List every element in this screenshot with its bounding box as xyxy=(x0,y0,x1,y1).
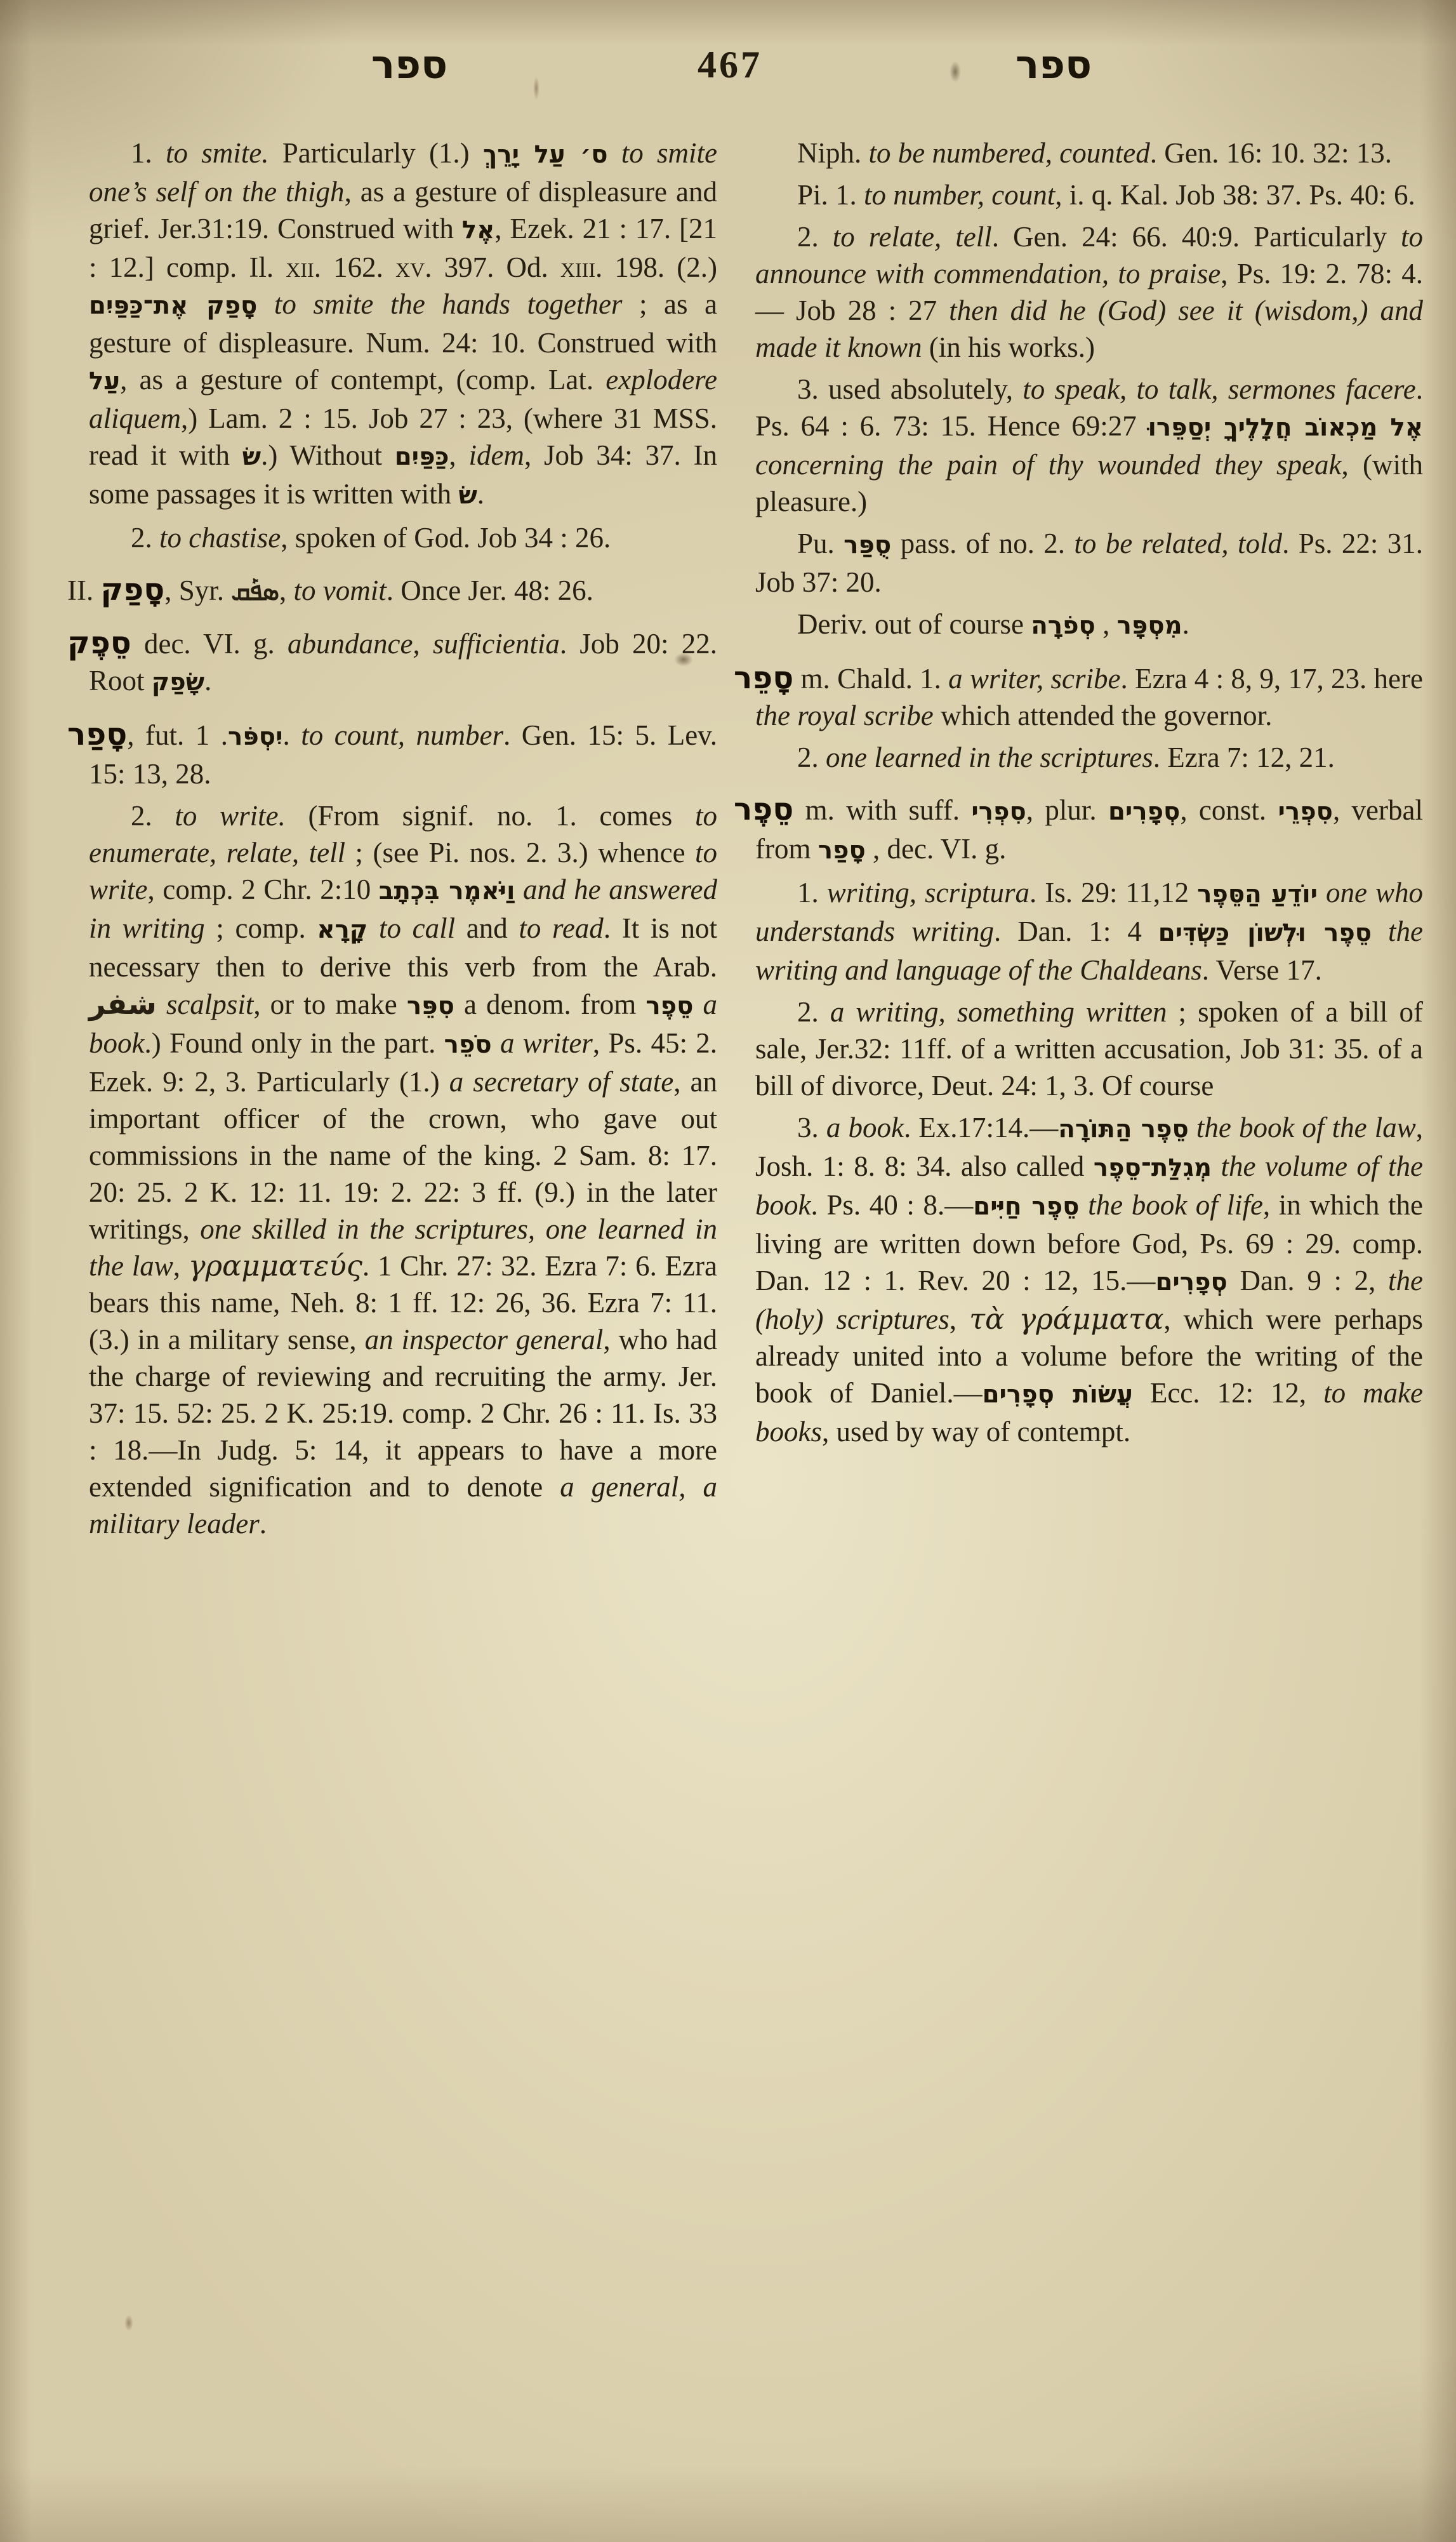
text-segment: קָרָא xyxy=(317,915,367,944)
text-segment: סְפָרִים xyxy=(1108,797,1180,826)
text-segment: סֵפֶר הַתּוֹרָה xyxy=(1058,1115,1189,1143)
page-number: 467 xyxy=(654,33,806,96)
text-segment: Pi. 1. xyxy=(797,179,864,211)
text-segment: dec. VI. g. xyxy=(131,628,288,660)
text-segment: to number, count xyxy=(864,179,1055,211)
text-paragraph: 2. to write. (From signif. no. 1. comes … xyxy=(89,797,717,1542)
text-segment: an inspector general xyxy=(365,1324,604,1355)
text-segment xyxy=(492,1027,500,1059)
text-segment: ; comp. xyxy=(205,912,317,944)
text-segment: עַל xyxy=(89,367,120,396)
text-segment: to read xyxy=(519,912,603,944)
text-segment: סֵפֶק xyxy=(67,625,131,661)
entry-paragraph: סָפַר, fut. יִסְפֹּר. 1. to count, numbe… xyxy=(89,716,717,792)
text-segment xyxy=(1372,915,1388,947)
text-segment: , i. q. Kal. Job 38: 37. Ps. 40: 6. xyxy=(1055,179,1415,211)
text-segment: , xyxy=(279,575,294,606)
text-segment: a writer, scribe xyxy=(948,663,1120,695)
text-segment: , spoken of God. Job 34 : 26. xyxy=(281,522,611,554)
text-segment: which attended the governor. xyxy=(934,700,1273,731)
text-paragraph: 2. one learned in the scriptures. Ezra 7… xyxy=(755,739,1423,776)
text-segment: to be related, told xyxy=(1074,528,1282,559)
text-segment: סָפַר xyxy=(67,717,127,752)
text-segment: סָפַר xyxy=(818,836,866,865)
text-segment: Ecc. 12: 12, xyxy=(1133,1377,1323,1409)
text-segment: סֵפֶר חַיִּים xyxy=(973,1192,1079,1221)
text-segment: . Is. 29: 11,12 xyxy=(1029,877,1197,908)
text-segment: شفر xyxy=(89,987,157,1021)
text-segment: to relate, tell xyxy=(833,221,992,253)
right-column: Niph. to be numbered, counted. Gen. 16: … xyxy=(755,135,1423,1455)
text-segment: to call xyxy=(379,912,455,944)
text-segment: 2. xyxy=(797,996,830,1028)
text-segment: 162. xyxy=(321,251,395,283)
text-segment: to write. xyxy=(175,800,285,832)
text-segment: . Gen. 16: 10. 32: 13. xyxy=(1150,137,1392,169)
text-segment: סֵפֶר xyxy=(734,792,793,827)
text-segment: and xyxy=(455,912,519,944)
text-segment: 2. xyxy=(797,742,826,773)
text-paragraph: Niph. to be numbered, counted. Gen. 16: … xyxy=(755,135,1423,171)
text-segment: scalpsit xyxy=(166,988,254,1020)
text-segment: 3. used absolutely, xyxy=(797,373,1023,405)
text-segment: . xyxy=(1182,608,1189,640)
text-paragraph: 2. a writing, something written ; spoken… xyxy=(755,994,1423,1104)
text-segment: m. with suff. xyxy=(793,794,971,826)
text-segment: , xyxy=(449,439,468,471)
text-segment: . Gen. 24: 66. 40:9. Particularly xyxy=(992,221,1401,253)
text-segment: the book of life xyxy=(1088,1189,1263,1221)
text-segment: יִסְפֹּר xyxy=(228,722,282,751)
text-paragraph: 2. to chastise, spoken of God. Job 34 : … xyxy=(89,519,717,556)
text-segment xyxy=(157,988,166,1020)
text-segment: 2. xyxy=(131,522,159,554)
text-segment: (in his works.) xyxy=(922,331,1094,363)
text-segment: וַיֹּאמֶר בִּכְתָב xyxy=(379,877,515,905)
text-segment: a book xyxy=(826,1112,904,1143)
text-segment: one learned in the scriptures xyxy=(826,742,1153,773)
text-segment: סִפְרֵי xyxy=(1278,797,1333,826)
text-segment: to speak, to talk, sermones facere xyxy=(1023,373,1415,405)
text-segment: concerning the pain of thy wounded they … xyxy=(755,449,1341,481)
text-segment: , comp. 2 Chr. 2:10 xyxy=(148,874,379,905)
text-segment: מִסְפָּר xyxy=(1117,611,1182,640)
text-segment: . xyxy=(477,478,484,510)
text-segment: , xyxy=(1095,608,1117,640)
text-segment: to smite the hands together xyxy=(257,288,622,320)
text-segment: (From signif. no. 1. comes xyxy=(286,800,695,832)
text-segment xyxy=(515,874,523,905)
text-segment xyxy=(1079,1189,1088,1221)
text-segment xyxy=(1189,1112,1196,1143)
text-segment: סְפָרִים xyxy=(1155,1268,1227,1296)
text-segment: Pu. xyxy=(797,528,844,559)
text-paragraph: 1. writing, scriptura. Is. 29: 11,12 יוֹ… xyxy=(755,874,1423,988)
text-segment: .) Without xyxy=(261,439,395,471)
text-segment: . xyxy=(204,665,211,696)
text-segment: a denom. from xyxy=(454,988,646,1020)
text-segment: סִפֵּר xyxy=(407,992,454,1020)
text-segment: to smite. xyxy=(166,137,269,169)
text-segment: to count, number xyxy=(301,719,503,751)
text-segment: שׂ xyxy=(458,481,477,510)
text-segment: idem xyxy=(468,439,524,471)
text-paragraph: 3. a book. Ex.17:14.—סֵפֶר הַתּוֹרָה the… xyxy=(755,1109,1423,1450)
running-head: ספר 467 ספר xyxy=(0,33,1456,103)
text-segment: xiii. xyxy=(560,251,602,283)
text-segment: 3. xyxy=(797,1112,826,1143)
text-paragraph: 1. to smite. Particularly (1.) ס׳ עַל יָ… xyxy=(89,135,717,514)
text-segment: .) Found only in the part. xyxy=(144,1027,444,1059)
text-segment: Dan. 9 : 2, xyxy=(1228,1265,1388,1296)
text-segment: סָפַק xyxy=(100,572,164,608)
text-paragraph: Pu. סֻפַּר pass. of no. 2. to be related… xyxy=(755,525,1423,601)
text-segment: 1. xyxy=(131,137,166,169)
text-segment: , plur. xyxy=(1026,794,1108,826)
text-segment: Niph. xyxy=(797,137,869,169)
text-segment: , const. xyxy=(1180,794,1278,826)
text-segment: , Syr. xyxy=(164,575,231,606)
text-segment: a writing, something written xyxy=(830,996,1167,1028)
text-segment: to vomit xyxy=(294,575,387,606)
text-segment: II. xyxy=(67,575,100,606)
text-segment: סָפֵר xyxy=(734,660,793,696)
text-segment xyxy=(367,912,379,944)
text-segment: ; (see Pi. nos. 2. 3.) whence xyxy=(345,837,695,868)
text-segment xyxy=(693,988,703,1020)
lexicon-page: ספר 467 ספר 1. to smite. Particularly (1… xyxy=(0,0,1456,2542)
text-segment xyxy=(1212,1150,1221,1182)
text-paragraph: Deriv. out of course מִסְפָּר , סְפֹרָה. xyxy=(755,606,1423,644)
text-segment: Deriv. out of course xyxy=(797,608,1031,640)
text-segment: שָׂפַק xyxy=(152,668,204,696)
text-segment: , dec. VI. g. xyxy=(866,833,1007,865)
text-segment: מְגִלַּת־סֵפֶר xyxy=(1094,1154,1212,1182)
text-segment: סָפַק אֶת־כַּפַּיִם xyxy=(89,291,257,320)
text-segment: יוֹדֵעַ הַסֵּפֶר xyxy=(1197,880,1318,908)
text-segment: , as a gesture of contempt, (comp. Lat. xyxy=(120,364,606,396)
text-segment: xii. xyxy=(286,251,321,283)
text-segment: . Verse 17. xyxy=(1202,954,1322,986)
text-segment: , xyxy=(950,1303,969,1335)
text-segment: . Ex.17:14.— xyxy=(904,1112,1058,1143)
text-segment: m. Chald. 1. xyxy=(793,663,948,695)
text-segment: סֹפֵר xyxy=(444,1030,492,1059)
text-segment: . xyxy=(260,1508,267,1540)
text-segment: 2. xyxy=(131,800,175,832)
text-segment: סֵפֶר xyxy=(645,992,693,1020)
ink-stain xyxy=(124,2315,133,2331)
entry-paragraph: סֵפֶר m. with suff. סִפְרִי, plur. סְפָר… xyxy=(755,791,1423,869)
text-segment: to be numbered, counted xyxy=(869,137,1150,169)
text-segment: 1. xyxy=(797,877,827,908)
text-segment xyxy=(1318,877,1326,908)
text-segment: , used by way of contempt. xyxy=(822,1416,1130,1447)
text-segment: to chastise xyxy=(159,522,281,554)
left-column: 1. to smite. Particularly (1.) ס׳ עַל יָ… xyxy=(89,135,717,1547)
text-segment: סֵפֶר וּלְשׁוֹן כַּשְׂדִּים xyxy=(1158,919,1372,947)
text-segment: pass. of no. 2. xyxy=(891,528,1074,559)
running-head-right-keyword: ספר xyxy=(971,33,1136,96)
text-segment: 198. (2.) xyxy=(602,251,717,283)
text-segment: . Ps. 40 : 8.— xyxy=(811,1189,973,1221)
text-segment: the book of the law xyxy=(1196,1112,1416,1143)
text-segment: סִפְרִי xyxy=(971,797,1026,826)
text-segment: , or to make xyxy=(253,988,407,1020)
text-segment: . Ezra 7: 12, 21. xyxy=(1153,742,1335,773)
text-segment: Particularly (1.) xyxy=(269,137,483,169)
text-paragraph: 3. used absolutely, to speak, to talk, s… xyxy=(755,371,1423,520)
text-paragraph: Pi. 1. to number, count, i. q. Kal. Job … xyxy=(755,176,1423,213)
text-segment: , xyxy=(173,1250,189,1282)
running-head-left-keyword: ספר xyxy=(327,33,492,96)
entry-paragraph: סָפֵר m. Chald. 1. a writer, scribe. Ezr… xyxy=(755,660,1423,734)
text-segment: סֻפַּר xyxy=(844,531,891,559)
text-segment: ס׳ עַל יָרֵךְ xyxy=(483,140,608,169)
text-segment: ܣܦܰܩ xyxy=(231,576,279,606)
text-segment: γραμματεύς xyxy=(189,1249,362,1282)
text-segment: 397. Od. xyxy=(432,251,560,283)
text-segment: שׂ xyxy=(242,443,261,471)
text-segment: סְפֹרָה xyxy=(1031,611,1095,640)
text-segment: τὰ γράμματα xyxy=(969,1302,1163,1336)
text-segment: . Ezra 4 : 8, 9, 17, 23. here xyxy=(1121,663,1423,695)
text-segment: אֶל xyxy=(462,216,495,244)
text-segment: כַּפַּיִם xyxy=(395,443,449,471)
text-segment: 2. xyxy=(797,221,833,253)
text-segment: . Once Jer. 48: 26. xyxy=(387,575,593,606)
entry-paragraph: II. סָפַק, Syr. ܣܦܰܩ, to vomit. Once Jer… xyxy=(89,571,717,609)
text-segment: עֲשׂוֹת סְפָרִים xyxy=(983,1380,1133,1409)
text-segment: , fut. xyxy=(127,719,195,751)
text-segment: writing, scriptura xyxy=(827,877,1029,908)
text-segment: abundance, sufficientia xyxy=(288,628,560,660)
entry-paragraph: סֵפֶק dec. VI. g. abundance, sufficienti… xyxy=(89,625,717,701)
text-segment: a writer xyxy=(500,1027,593,1059)
text-segment: אֶל מַכְאוֹב חֲלָלֶיךָ יְסַפֵּרוּ xyxy=(1148,413,1423,442)
text-paragraph: 2. to relate, tell. Gen. 24: 66. 40:9. P… xyxy=(755,218,1423,366)
text-segment: a secretary of state xyxy=(449,1066,673,1098)
text-segment: the royal scribe xyxy=(755,700,934,731)
text-segment: xv. xyxy=(395,251,432,283)
text-segment: . Dan. 1: 4 xyxy=(994,915,1158,947)
